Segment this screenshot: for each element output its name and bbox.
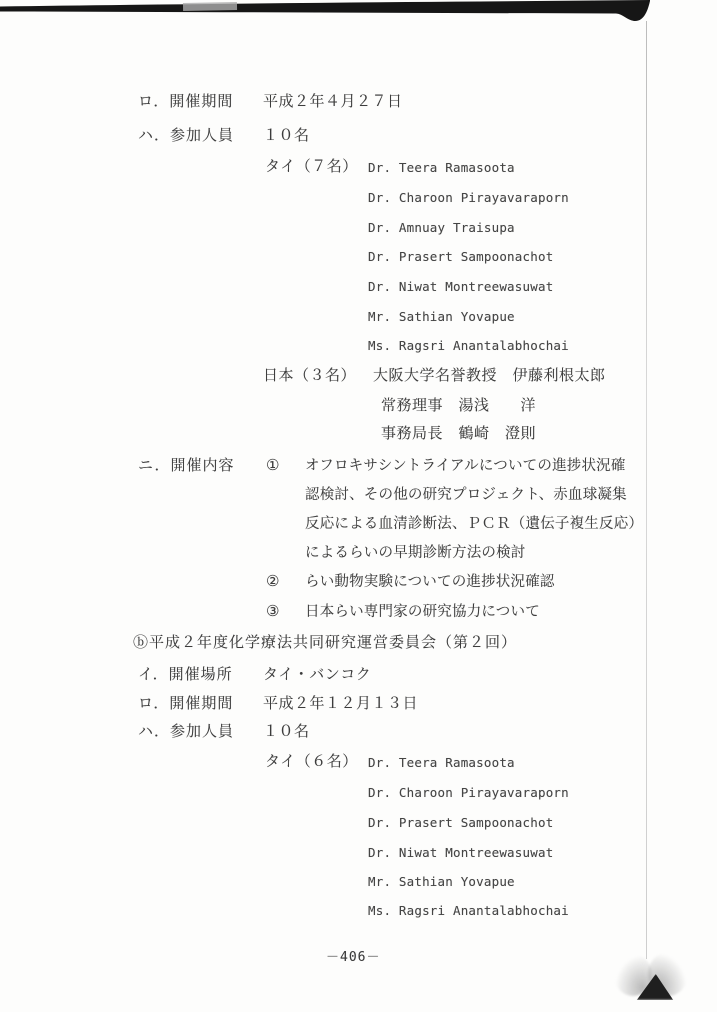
agenda-item-marker-3: ③ [266,602,280,622]
page-corner-fold [612,946,688,1002]
agenda-item-marker-1: ① [266,456,280,476]
attendee-name-jp: 大阪大学名誉教授 伊藤利根太郎 [373,366,606,386]
field-label-kaisai-naiyo: ニ．開催内容 [138,456,234,476]
agenda-line: らい動物実験についての進捗状況確認 [305,572,555,592]
attendee-name: Dr. Niwat Montreewasuwat [368,279,553,295]
field-value-sanka-jinin: １０名 [263,126,310,146]
attendee-name: Dr. Prasert Sampoonachot [368,249,553,265]
field-label-kaisai-kikan: ロ．開催期間 [138,92,233,112]
thai-delegation-label: タイ（７名） [265,157,358,177]
agenda-line: によるらいの早期診断方法の検討 [305,543,526,563]
attendee-name: Mr. Sathian Yovapue [368,874,515,890]
attendee-name-jp: 事務局長 鶴崎 澄則 [381,424,536,444]
attendee-name: Ms. Ragsri Anantalabhochai [368,903,569,919]
agenda-line: 認検討、その他の研究プロジェクト、赤血球凝集 [305,485,627,505]
field-label-sanka-jinin: ハ．参加人員 [138,722,234,742]
agenda-item-marker-2: ② [266,572,280,592]
attendee-name-jp: 常務理事 湯浅 洋 [381,396,536,416]
thai-delegation-label: タイ（６名） [265,752,358,772]
attendee-name: Ms. Ragsri Anantalabhochai [368,338,569,354]
attendee-name: Dr. Teera Ramasoota [368,160,515,176]
field-value-kaisai-kikan: 平成２年１２月１３日 [263,694,418,714]
attendee-name: Dr. Charoon Pirayavaraporn [368,190,569,206]
japan-delegation-label: 日本（３名） [263,366,356,386]
attendee-name: Dr. Charoon Pirayavaraporn [368,785,569,801]
section-heading: ⓑ平成２年度化学療法共同研究運営委員会（第２回） [133,633,517,653]
attendee-name: Mr. Sathian Yovapue [368,309,515,325]
field-label-sanka-jinin: ハ．参加人員 [138,126,234,146]
scanned-document-page: ロ．開催期間 平成２年４月２７日 ハ．参加人員 １０名 タイ（７名） Dr. T… [0,0,717,1012]
agenda-line: 日本らい専門家の研究協力について [305,602,540,622]
scan-edge-artifact-top [0,0,717,34]
field-value-kaisai-kikan: 平成２年４月２７日 [263,92,403,112]
agenda-line: オフロキサシントライアルについての進捗状況確 [305,456,626,476]
attendee-name: Dr. Amnuay Traisupa [368,220,515,236]
field-value-sanka-jinin: １０名 [263,722,310,742]
page-edge-line [646,21,647,959]
attendee-name: Dr. Teera Ramasoota [368,755,515,771]
agenda-line: 反応による血清診断法、ＰＣＲ（遺伝子複生反応） [305,514,643,534]
attendee-name: Dr. Niwat Montreewasuwat [368,845,553,861]
page-number: －406－ [326,946,380,965]
attendee-name: Dr. Prasert Sampoonachot [368,815,553,831]
field-value-kaisai-basho: タイ・バンコク [263,665,371,685]
field-label-kaisai-kikan: ロ．開催期間 [138,694,233,714]
field-label-kaisai-basho: イ．開催場所 [138,665,233,685]
